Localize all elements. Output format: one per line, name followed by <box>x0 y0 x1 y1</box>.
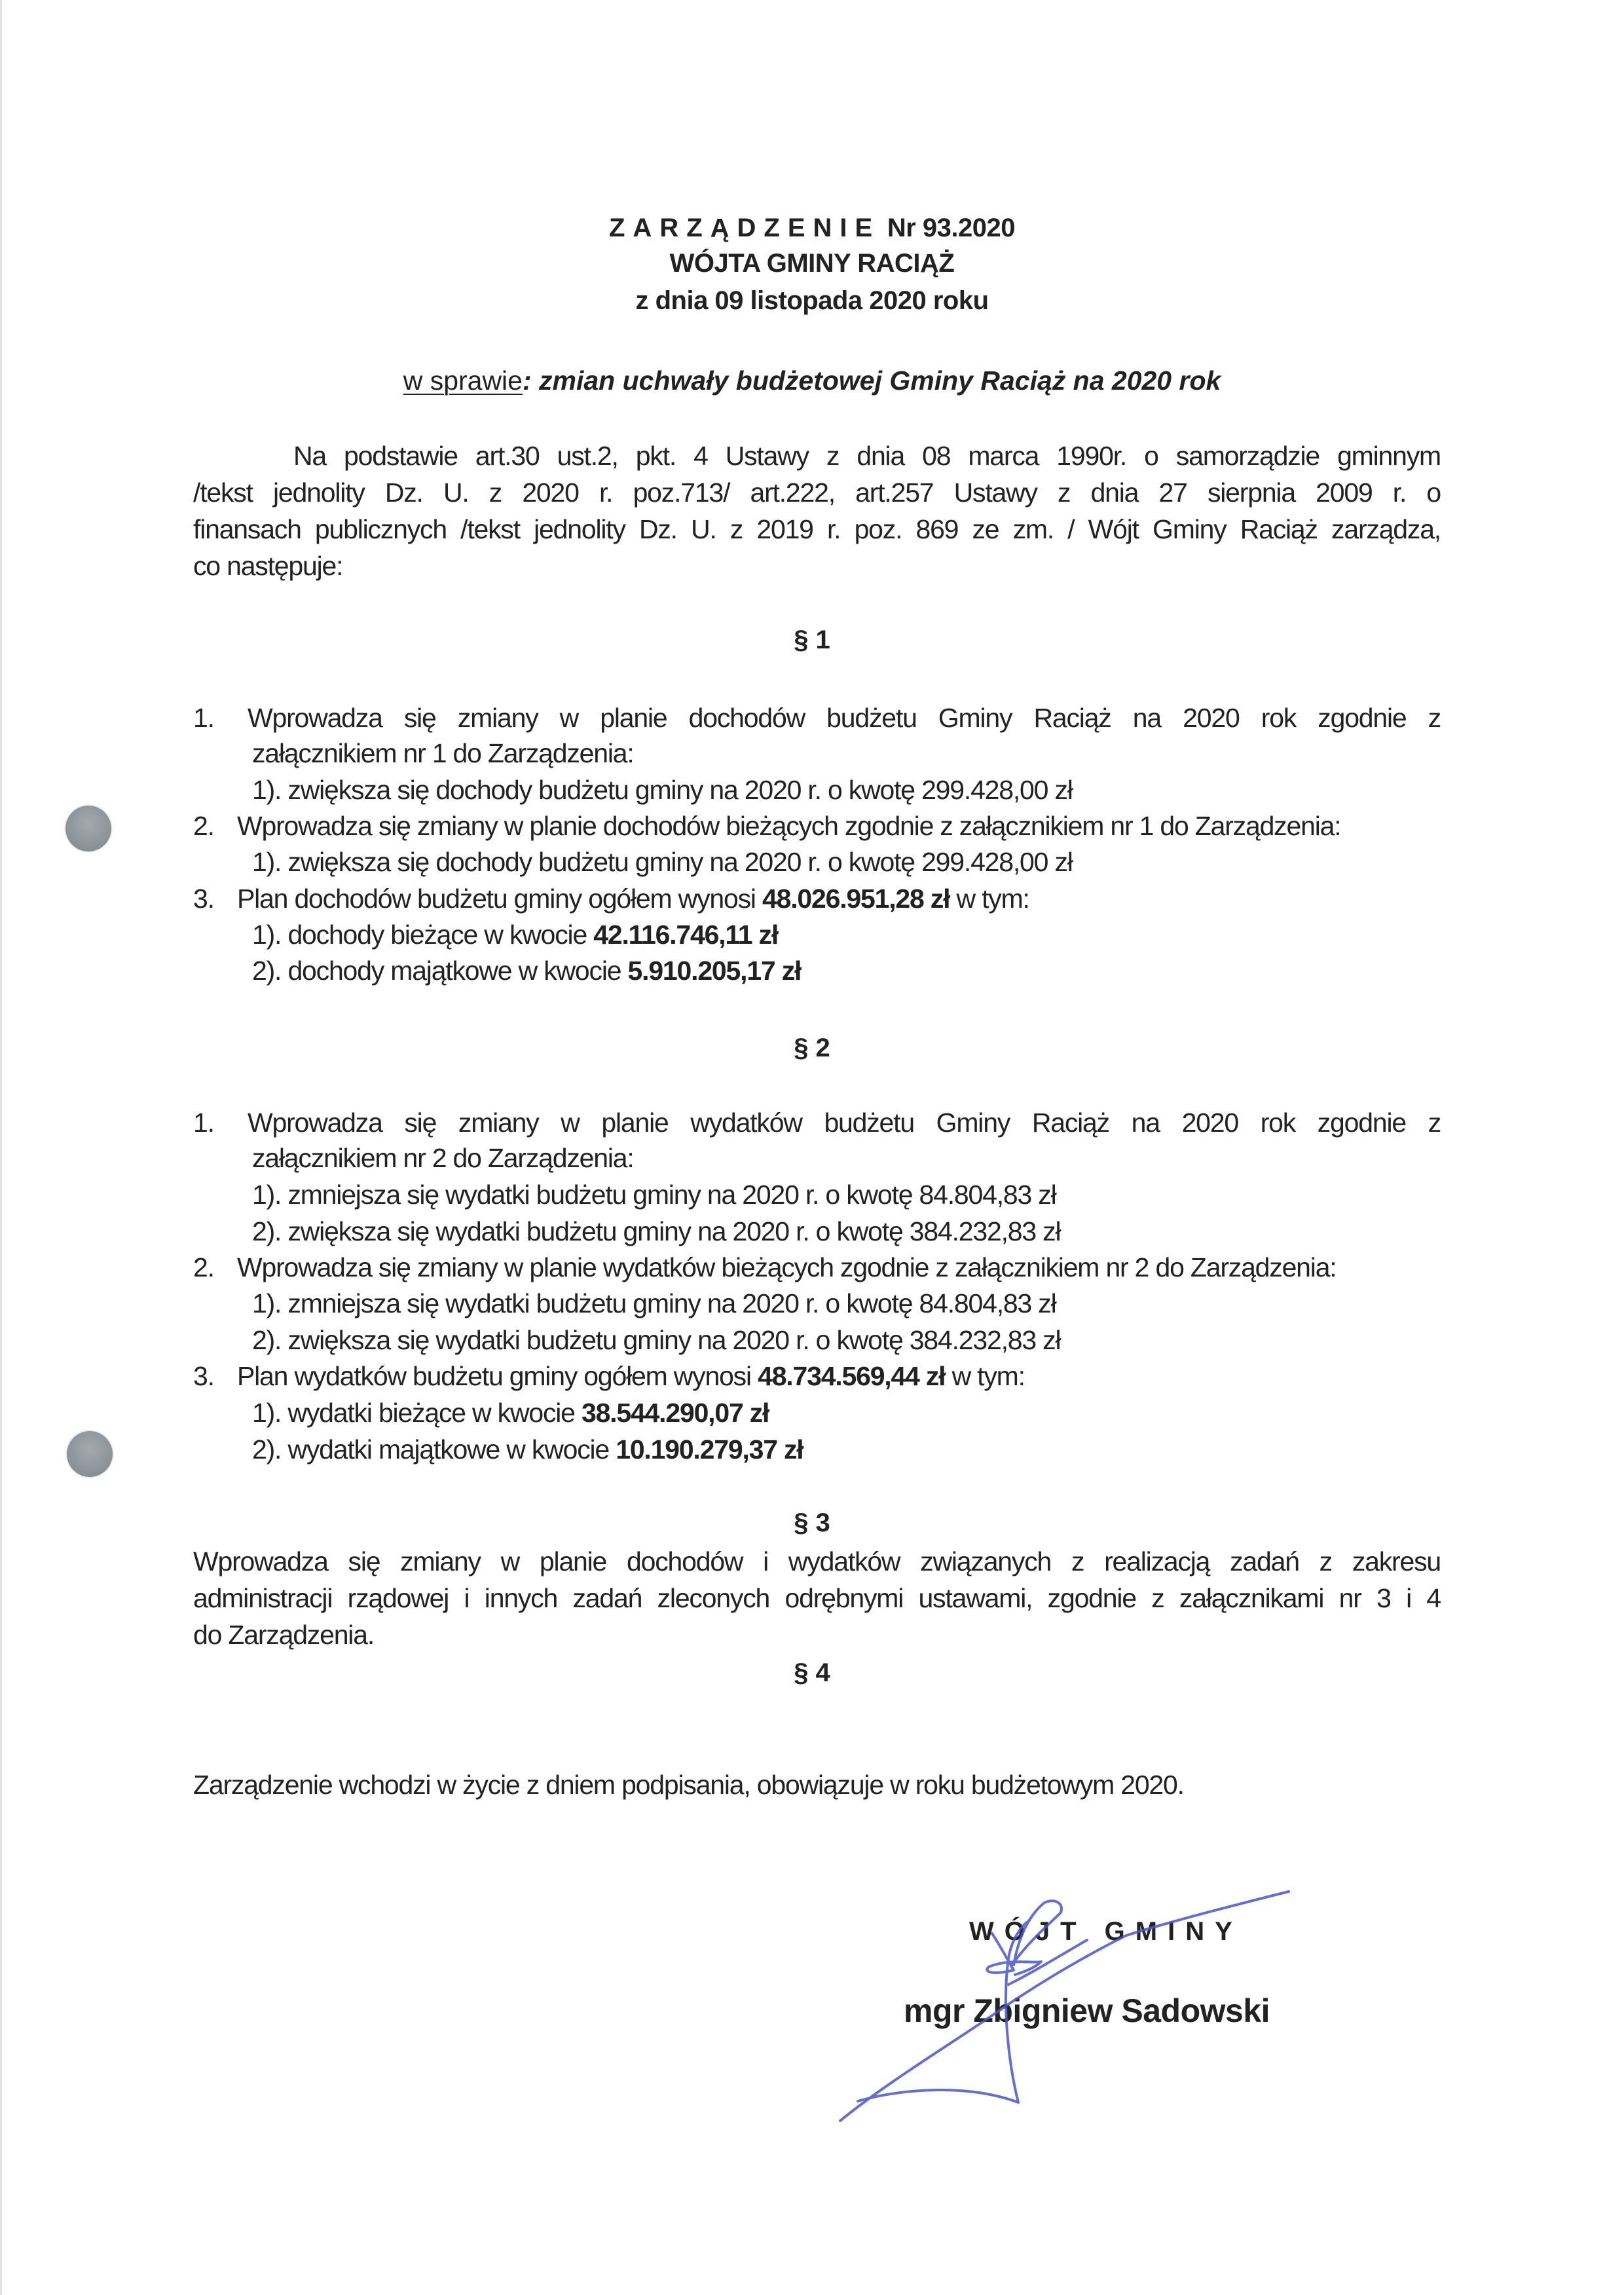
handwritten-signature <box>0 0 1624 2295</box>
